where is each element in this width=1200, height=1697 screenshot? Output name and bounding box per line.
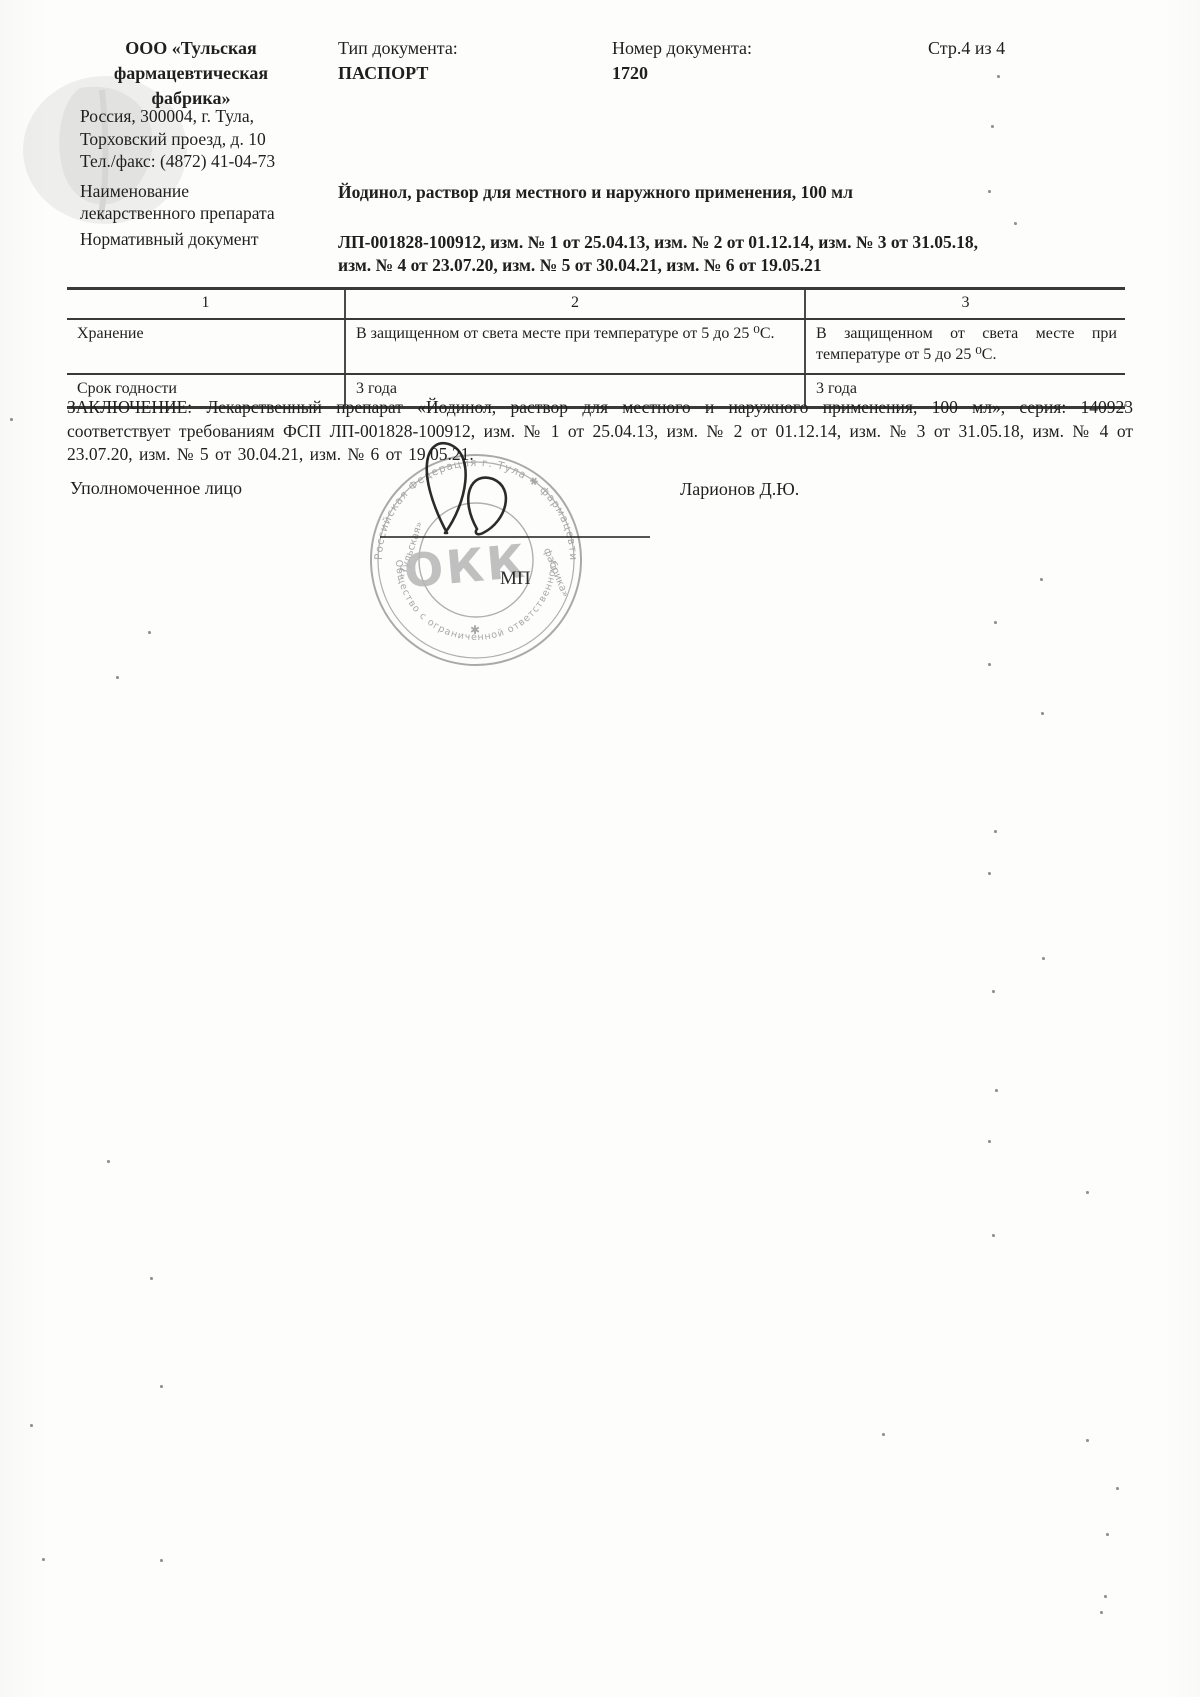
storage-row-label: Хранение bbox=[67, 319, 345, 374]
scan-speck bbox=[160, 1385, 163, 1388]
scan-speck bbox=[882, 1433, 885, 1436]
scan-speck bbox=[988, 1140, 991, 1143]
signature-scribble-icon bbox=[355, 425, 685, 555]
company-address: Россия, 300004, г. Тула, Торховский прое… bbox=[80, 105, 275, 173]
scan-speck bbox=[992, 1234, 995, 1237]
address-line1: Россия, 300004, г. Тула, bbox=[80, 105, 275, 128]
scan-speck bbox=[1040, 578, 1043, 581]
scan-speck bbox=[1014, 222, 1017, 225]
scan-speck bbox=[1106, 1533, 1109, 1536]
scan-speck bbox=[988, 190, 991, 193]
scan-speck bbox=[997, 75, 1000, 78]
scan-speck bbox=[148, 631, 151, 634]
scan-speck bbox=[10, 418, 13, 421]
table-header-col3: 3 bbox=[805, 289, 1125, 320]
scan-speck bbox=[160, 1559, 163, 1562]
scanned-document-page: ООО «Тульская фармацевтическая фабрика» … bbox=[0, 0, 1200, 1697]
signatory-name: Ларионов Д.Ю. bbox=[680, 479, 799, 500]
phone-fax: Тел./факс: (4872) 41-04-73 bbox=[80, 150, 275, 173]
scan-speck bbox=[994, 830, 997, 833]
company-name-line1: ООО «Тульская bbox=[75, 36, 307, 61]
scan-speck bbox=[992, 990, 995, 993]
drug-name-label: Наименование лекарственного препарата bbox=[80, 180, 275, 224]
scan-speck bbox=[1116, 1487, 1119, 1490]
scan-speck bbox=[150, 1277, 153, 1280]
storage-table: 1 2 3 Хранение В защищенном от света мес… bbox=[67, 287, 1125, 409]
scan-speck bbox=[991, 125, 994, 128]
company-name: ООО «Тульская фармацевтическая фабрика» bbox=[75, 36, 307, 111]
scan-speck bbox=[42, 1558, 45, 1561]
table-header-col2: 2 bbox=[345, 289, 805, 320]
drug-name-label-line2: лекарственного препарата bbox=[80, 202, 275, 224]
normative-document-label: Нормативный документ bbox=[80, 229, 259, 250]
table-row-storage: Хранение В защищенном от света месте при… bbox=[67, 319, 1125, 374]
specks-layer bbox=[0, 0, 1200, 1697]
scan-speck bbox=[1100, 1611, 1103, 1614]
stamp-bottom-asterisk: ✱ bbox=[470, 623, 480, 637]
scan-speck bbox=[988, 872, 991, 875]
scan-speck bbox=[1041, 712, 1044, 715]
scan-speck bbox=[995, 1089, 998, 1092]
storage-condition-col3: В защищенном от света месте при температ… bbox=[805, 319, 1125, 374]
scan-speck bbox=[988, 663, 991, 666]
scan-speck bbox=[116, 676, 119, 679]
scan-speck bbox=[1086, 1191, 1089, 1194]
scan-speck bbox=[30, 1424, 33, 1427]
table-header-row: 1 2 3 bbox=[67, 289, 1125, 320]
address-line2: Торховский проезд, д. 10 bbox=[80, 128, 275, 151]
authorized-person-label: Уполномоченное лицо bbox=[70, 478, 242, 499]
scan-speck bbox=[1086, 1439, 1089, 1442]
stamp-mp-label: МП bbox=[500, 568, 531, 589]
scan-speck bbox=[1042, 957, 1045, 960]
scan-speck bbox=[1124, 404, 1127, 407]
scan-speck bbox=[994, 621, 997, 624]
scan-speck bbox=[1104, 1595, 1107, 1598]
drug-name-label-line1: Наименование bbox=[80, 180, 275, 202]
storage-condition-col2: В защищенном от света месте при температ… bbox=[345, 319, 805, 374]
scan-speck bbox=[107, 1160, 110, 1163]
table-header-col1: 1 bbox=[67, 289, 345, 320]
company-name-line2: фармацевтическая bbox=[75, 61, 307, 86]
